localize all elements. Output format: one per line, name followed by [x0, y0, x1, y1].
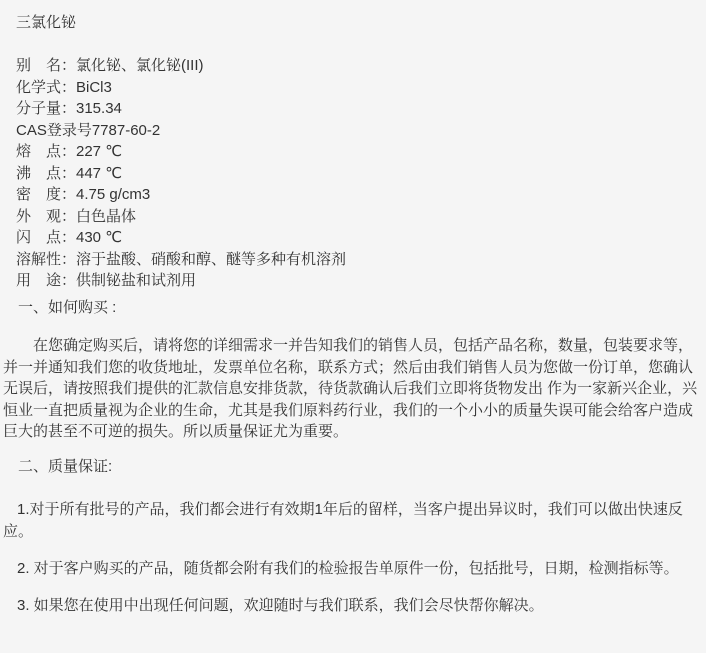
quality-guarantee-item-1: 1.对于所有批号的产品，我们都会进行有效期1年后的留样，当客户提出异议时，我们可…	[3, 499, 703, 542]
property-line-molar-mass: 分子量：315.34	[3, 98, 703, 120]
property-line-appearance: 外 观：白色晶体	[3, 206, 703, 228]
quality-guarantee-item-2: 2. 对于客户购买的产品，随货都会附有我们的检验报告单原件一份，包括批号，日期，…	[3, 558, 703, 580]
property-line-usage: 用 途：供制铋盐和试剂用	[3, 270, 703, 292]
property-line-density: 密 度：4.75 g/cm3	[3, 184, 703, 206]
section-heading-quality-guarantee: 二、质量保证:	[3, 456, 703, 478]
product-detail-page: 三氯化铋 别 名：氯化铋、氯化铋(III) 化学式：BiCl3 分子量：315.…	[0, 0, 706, 653]
section-heading-how-to-buy: 一、如何购买 :	[3, 297, 703, 319]
property-line-flash-point: 闪 点：430 ℃	[3, 227, 703, 249]
property-line-boiling-point: 沸 点：447 ℃	[3, 163, 703, 185]
property-line-cas-number: CAS登录号7787-60-2	[3, 120, 703, 142]
property-line-formula: 化学式：BiCl3	[3, 77, 703, 99]
quality-guarantee-item-3: 3. 如果您在使用中出现任何问题，欢迎随时与我们联系，我们会尽快帮你解决。	[3, 595, 703, 617]
property-line-solubility: 溶解性：溶于盐酸、硝酸和醇、醚等多种有机溶剂	[3, 249, 703, 271]
product-properties: 别 名：氯化铋、氯化铋(III) 化学式：BiCl3 分子量：315.34 CA…	[3, 55, 703, 292]
property-line-melting-point: 熔 点：227 ℃	[3, 141, 703, 163]
property-line-alias: 别 名：氯化铋、氯化铋(III)	[3, 55, 703, 77]
product-title: 三氯化铋	[3, 12, 703, 34]
how-to-buy-paragraph: 在您确定购买后，请将您的详细需求一并告知我们的销售人员，包括产品名称，数量，包装…	[3, 335, 703, 443]
